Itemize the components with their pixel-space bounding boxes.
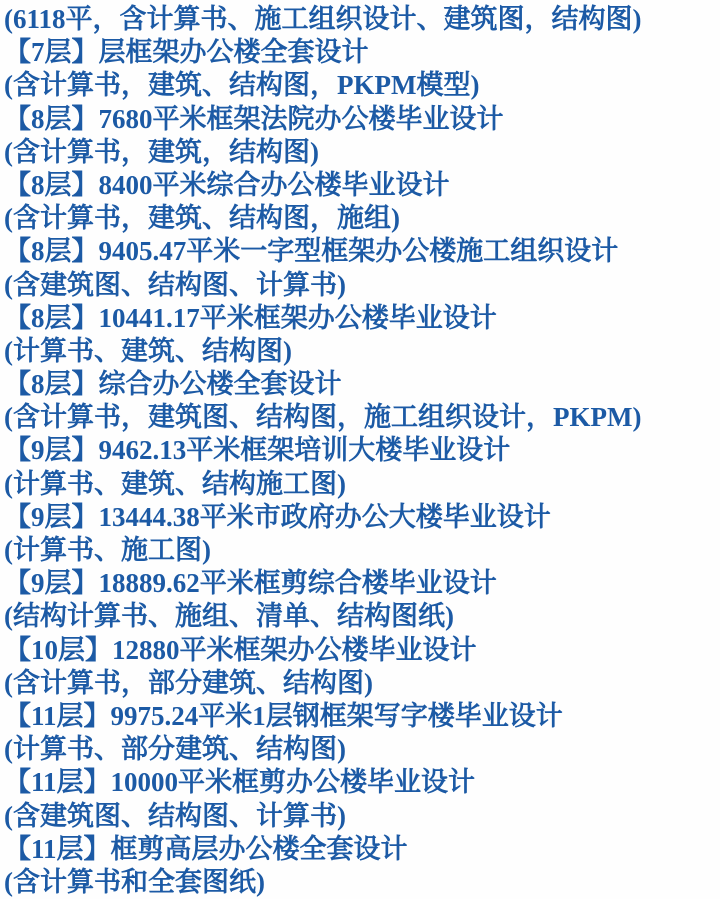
text-line: 【9层】18889.62平米框剪综合楼毕业设计 bbox=[4, 567, 720, 600]
text-line: (含建筑图、结构图、计算书) bbox=[4, 800, 720, 833]
text-line: 【8层】9405.47平米一字型框架办公楼施工组织设计 bbox=[4, 235, 720, 268]
text-line: (含计算书，建筑，结构图) bbox=[4, 136, 720, 169]
text-line: 【8层】综合办公楼全套设计 bbox=[4, 368, 720, 401]
text-line: (含计算书，建筑图、结构图，施工组织设计，PKPM) bbox=[4, 401, 720, 434]
text-line: 【8层】10441.17平米框架办公楼毕业设计 bbox=[4, 302, 720, 335]
document-page: (6118平，含计算书、施工组织设计、建筑图，结构图) 【7层】层框架办公楼全套… bbox=[0, 0, 720, 899]
text-line: 【9层】13444.38平米市政府办公大楼毕业设计 bbox=[4, 501, 720, 534]
text-line: 【11层】9975.24平米1层钢框架写字楼毕业设计 bbox=[4, 700, 720, 733]
text-line: (含建筑图、结构图、计算书) bbox=[4, 269, 720, 302]
text-line: 【11层】框剪高层办公楼全套设计 bbox=[4, 833, 720, 866]
text-line: (含计算书，部分建筑、结构图) bbox=[4, 667, 720, 700]
text-line: (6118平，含计算书、施工组织设计、建筑图，结构图) bbox=[4, 3, 720, 36]
text-line: (含计算书，建筑、结构图，施组) bbox=[4, 202, 720, 235]
text-line: 【8层】8400平米综合办公楼毕业设计 bbox=[4, 169, 720, 202]
text-line: 【9层】9462.13平米框架培训大楼毕业设计 bbox=[4, 434, 720, 467]
text-line: (计算书、建筑、结构施工图) bbox=[4, 468, 720, 501]
text-line: (计算书、部分建筑、结构图) bbox=[4, 733, 720, 766]
text-line: (结构计算书、施组、清单、结构图纸) bbox=[4, 600, 720, 633]
text-line: (含计算书，建筑、结构图，PKPM模型) bbox=[4, 69, 720, 102]
text-line: 【8层】7680平米框架法院办公楼毕业设计 bbox=[4, 103, 720, 136]
text-line: (含计算书和全套图纸) bbox=[4, 866, 720, 899]
text-line: 【11层】10000平米框剪办公楼毕业设计 bbox=[4, 766, 720, 799]
text-line: 【7层】层框架办公楼全套设计 bbox=[4, 36, 720, 69]
text-line: (计算书、施工图) bbox=[4, 534, 720, 567]
text-line: 【10层】12880平米框架办公楼毕业设计 bbox=[4, 634, 720, 667]
text-line: (计算书、建筑、结构图) bbox=[4, 335, 720, 368]
